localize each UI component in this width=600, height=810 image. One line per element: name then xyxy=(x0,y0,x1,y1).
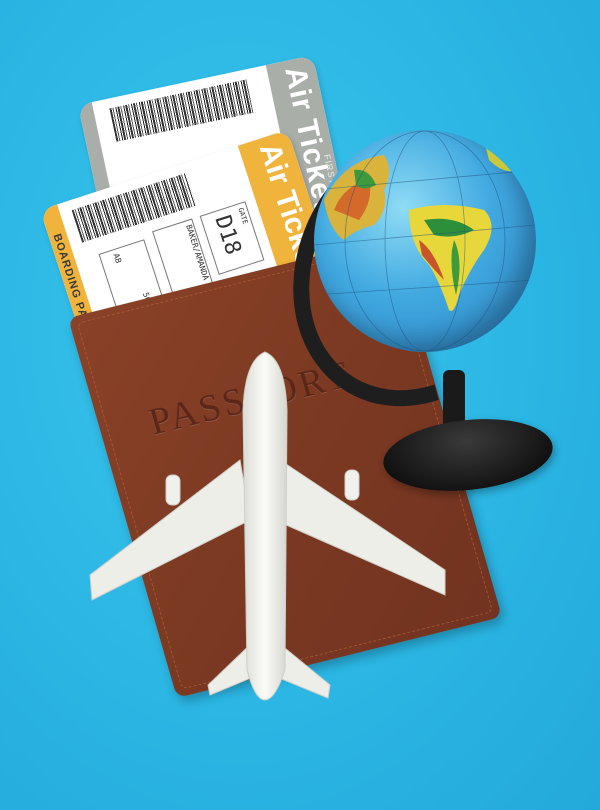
barcode xyxy=(109,79,253,141)
globe xyxy=(314,130,536,352)
gate-label: GATE xyxy=(236,207,249,226)
flight-code: AB xyxy=(111,252,123,264)
gate-field: GATE D18 xyxy=(200,201,265,275)
toy-airplane-icon xyxy=(80,350,460,710)
globe-map-icon xyxy=(314,130,536,352)
travel-scene: Air Ticket FIRST CLASS BO BOARDING PA AB… xyxy=(0,0,600,810)
